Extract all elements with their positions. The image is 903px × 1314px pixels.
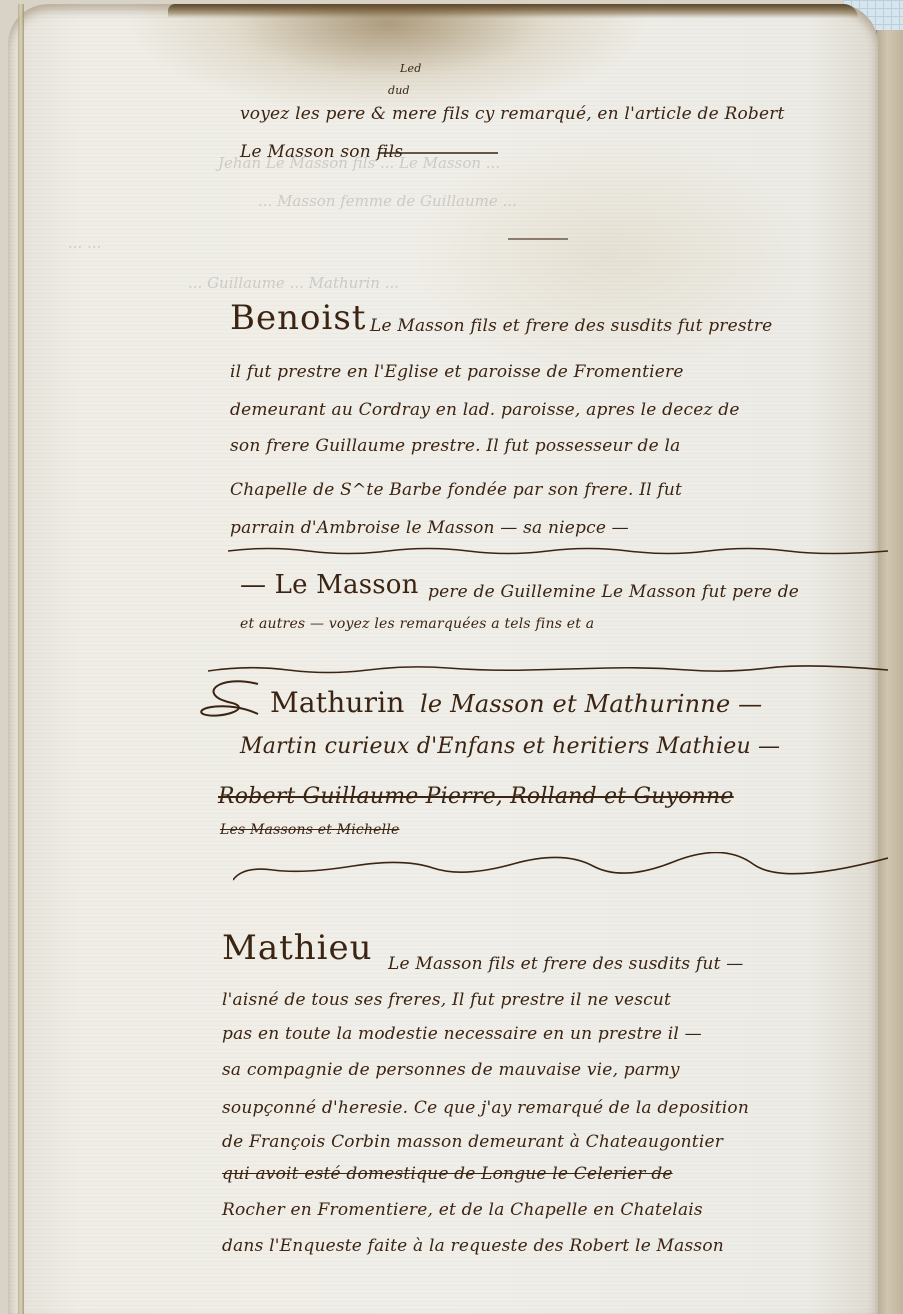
- header-superscript: dud: [388, 84, 410, 97]
- entry-line: pas en toute la modestie necessaire en u…: [222, 1024, 702, 1044]
- entry-heading: Benoist: [230, 298, 366, 338]
- entry-heading: Mathurin: [270, 686, 405, 719]
- entry-line: Le Masson fils et frere des susdits fut …: [388, 954, 743, 974]
- wavy-separator: [228, 544, 888, 558]
- capital-m-flourish: [198, 674, 268, 734]
- entry-line: de François Corbin masson demeurant à Ch…: [222, 1132, 723, 1152]
- header-note-line: voyez les pere & mere fils cy remarqué, …: [240, 104, 785, 124]
- wavy-separator: [208, 662, 888, 676]
- entry-line: il fut prestre en l'Eglise et paroisse d…: [230, 362, 684, 382]
- entry-line: le Masson et Mathurinne —: [420, 690, 762, 718]
- entry-line: Chapelle de S^te Barbe fondée par son fr…: [230, 480, 682, 500]
- entry-line: sa compagnie de personnes de mauvaise vi…: [222, 1060, 680, 1080]
- manuscript-page: Jehan Le Masson fils ... Le Masson ... .…: [8, 4, 878, 1314]
- entry-line: Martin curieux d'Enfans et heritiers Mat…: [240, 734, 780, 759]
- damaged-top-edge: [168, 4, 858, 18]
- header-superscript: Led: [400, 62, 421, 75]
- ghost-text: ... Guillaume ... Mathurin ...: [188, 274, 399, 292]
- entry-line-struck: Les Massons et Michelle: [220, 822, 400, 838]
- entry-line: Le Masson fils et frere des susdits fut …: [370, 316, 772, 336]
- entry-line: dans l'Enqueste faite à la requeste des …: [222, 1236, 724, 1256]
- entry-line-struck: Robert Guillaume Pierre, Rolland et Guyo…: [218, 784, 734, 809]
- entry-line: son frere Guillaume prestre. Il fut poss…: [230, 436, 680, 456]
- ghost-text: ... Masson femme de Guillaume ...: [258, 192, 517, 210]
- entry-heading: Mathieu: [222, 928, 373, 968]
- entry-heading: — Le Masson: [240, 570, 419, 600]
- ghost-text: ... ...: [68, 234, 101, 252]
- wavy-separator: [233, 852, 888, 866]
- separator-dash: [508, 236, 568, 250]
- entry-line: parrain d'Ambroise le Masson — sa niepce…: [230, 518, 629, 538]
- entry-line: Rocher en Fromentiere, et de la Chapelle…: [222, 1200, 703, 1220]
- entry-line-struck: qui avoit esté domestique de Longue le C…: [222, 1164, 673, 1184]
- entry-line: demeurant au Cordray en lad. paroisse, a…: [230, 400, 740, 420]
- underline-flourish: [378, 150, 498, 164]
- entry-line: l'aisné de tous ses freres, Il fut prest…: [222, 990, 671, 1010]
- entry-line: soupçonné d'heresie. Ce que j'ay remarqu…: [222, 1098, 749, 1118]
- entry-line: pere de Guillemine Le Masson fut pere de: [428, 582, 799, 602]
- entry-line: et autres — voyez les remarquées a tels …: [240, 616, 594, 632]
- binding-edge: [18, 4, 24, 1314]
